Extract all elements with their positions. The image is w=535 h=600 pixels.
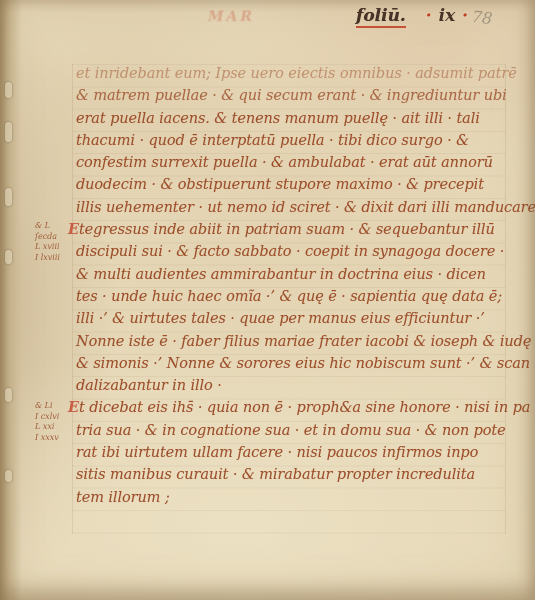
folio-dot: · xyxy=(426,6,432,26)
binding-stitch xyxy=(5,82,12,98)
manuscript-line: illis uehementer · ut nemo id sciret · &… xyxy=(76,197,508,219)
manuscript-line: dalizabantur in illo · xyxy=(76,375,508,397)
manuscript-line: erat puella iacens. & tenens manum puell… xyxy=(76,108,508,130)
manuscript-line: sitis manibus curauit · & mirabatur prop… xyxy=(76,464,508,486)
folio-dot: · xyxy=(462,6,468,26)
manuscript-line: & matrem puellae · & qui secum erant · &… xyxy=(76,85,508,107)
folio-inscription: foliū. · ix · xyxy=(356,6,468,26)
rubric-initial: E xyxy=(68,219,79,241)
binding-stitch xyxy=(5,250,12,264)
running-title-faded: MAR xyxy=(208,9,255,25)
binding-stitch xyxy=(5,470,12,482)
manuscript-line: tem illorum ; xyxy=(76,487,508,509)
manuscript-line: & multi audientes ammirabantur in doctri… xyxy=(76,264,508,286)
manuscript-line: discipuli sui · & facto sabbato · coepit… xyxy=(76,241,508,263)
binding-stitch xyxy=(5,122,12,142)
folio-numeral: ix xyxy=(439,6,456,26)
manuscript-line: rat ibi uirtutem ullam facere · nisi pau… xyxy=(76,442,508,464)
manuscript-line: Et dicebat eis ihs̄ · quia non ē · proph… xyxy=(76,397,508,419)
manuscript-line: et inridebant eum; Ipse uero eiectis omn… xyxy=(76,63,508,85)
manuscript-line: Etegressus inde abiit in patriam suam · … xyxy=(76,219,508,241)
text-block: et inridebant eum; Ipse uero eiectis omn… xyxy=(76,63,508,509)
manuscript-line: illi ·’ & uirtutes tales · quae per manu… xyxy=(76,308,508,330)
manuscript-line: confestim surrexit puella · & ambulabat … xyxy=(76,152,508,174)
manuscript-line: duodecim · & obstipuerunt stupore maximo… xyxy=(76,174,508,196)
manuscript-line: thacumi · quod ē interptatū puella · tib… xyxy=(76,130,508,152)
manuscript-line: & simonis ·’ Nonne & sorores eius hic no… xyxy=(76,353,508,375)
binding-stitch xyxy=(5,188,12,206)
manuscript-page: MAR foliū. · ix · 78 & LſecdaL xviiiI lx… xyxy=(0,0,535,600)
pencil-page-number: 78 xyxy=(471,7,494,28)
manuscript-line: tria sua · & in cognatione sua · et in d… xyxy=(76,420,508,442)
manuscript-line: Nonne iste ē · faber filius mariae frate… xyxy=(76,331,508,353)
manuscript-line: tes · unde huic haec omĩa ·’ & quę ē · s… xyxy=(76,286,508,308)
rubric-initial: E xyxy=(68,397,79,419)
binding-stitch xyxy=(5,388,12,402)
folio-word: foliū. xyxy=(356,6,406,28)
